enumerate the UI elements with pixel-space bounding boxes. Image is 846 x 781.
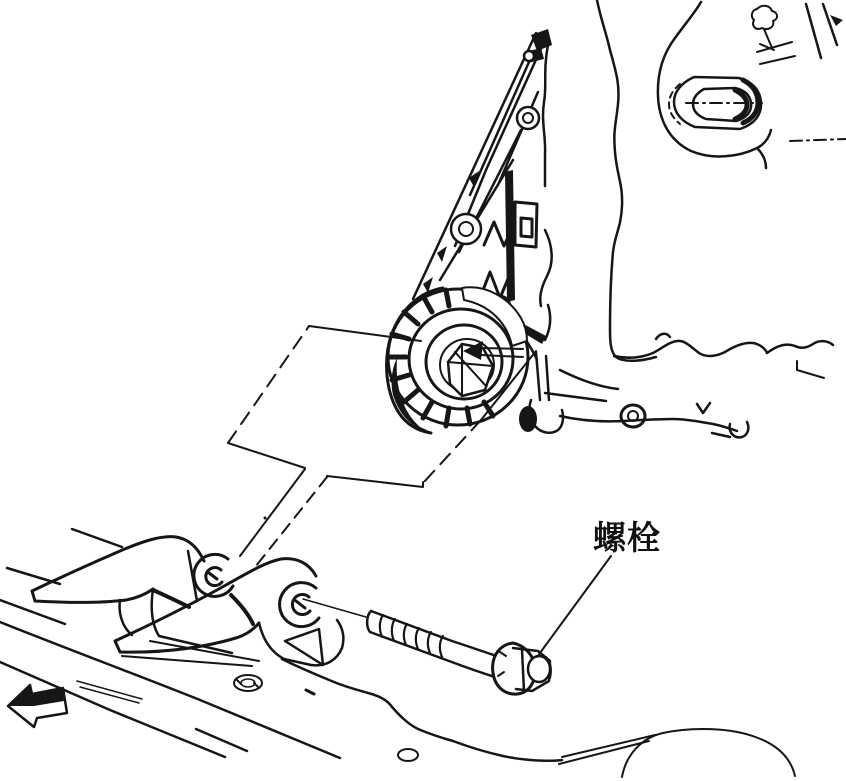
subframe <box>0 600 795 777</box>
hatch-arrow-tick <box>830 15 843 26</box>
small-surface-mark <box>306 690 314 694</box>
bolt-callout <box>537 556 611 657</box>
bolt-axis-line <box>303 599 366 617</box>
rubber-mount-drum <box>387 287 528 433</box>
bracket-strut-lines <box>440 62 538 280</box>
arm-dash-hook <box>797 361 824 378</box>
stray-dot <box>264 517 267 520</box>
drum-highlight-crescent <box>462 287 527 346</box>
flange-bolt <box>367 611 551 694</box>
bolt-label: 螺栓 <box>593 512 661 559</box>
bracket-tube-end <box>451 214 481 244</box>
fastener-stem <box>760 29 774 50</box>
plane-channel-solid <box>240 469 305 556</box>
member-dark-pad <box>519 406 537 432</box>
engine-mount-installation-diagram: 螺栓 <box>0 0 846 781</box>
control-arm <box>519 334 833 438</box>
slot-center-lines <box>686 103 846 141</box>
subframe-converging-lines <box>559 735 655 764</box>
body-outline-line <box>597 0 656 361</box>
bolt-head-end-face <box>528 656 550 682</box>
bracket-right-edge <box>540 45 551 306</box>
body-silhouette <box>597 0 656 361</box>
bracket-shadow-strokes <box>153 590 253 624</box>
drain-hole-outer <box>234 675 262 691</box>
hatch-lines <box>806 4 837 58</box>
bolt-shaft-outline <box>367 611 505 678</box>
arm-details <box>545 334 748 438</box>
arm-bushing <box>621 405 645 427</box>
bracket-shading-wedges <box>423 171 546 344</box>
right-clamp-boss-spiral <box>280 583 319 627</box>
bolt-label-leader-line <box>537 556 611 657</box>
plane-dashed-edges <box>228 326 481 482</box>
bracket-box <box>515 202 537 247</box>
small-oval-hole <box>398 749 418 761</box>
bracket-feet-lines <box>122 641 259 666</box>
left-clamp-boss-spiral <box>194 554 233 596</box>
bracket-hole-mid <box>517 107 539 129</box>
direction-arrow <box>8 685 67 727</box>
bracket-hole-top <box>524 51 534 61</box>
frame-rail-slot <box>658 2 846 168</box>
right-clamp-arm <box>115 559 316 653</box>
drain-hole-inner <box>241 679 255 687</box>
fastener-icon <box>752 6 777 29</box>
diagram-canvas <box>0 0 846 781</box>
bolt-thread-ridges <box>380 615 443 657</box>
arm-top-edge <box>614 341 833 358</box>
arm-bottom-edge <box>560 416 737 431</box>
